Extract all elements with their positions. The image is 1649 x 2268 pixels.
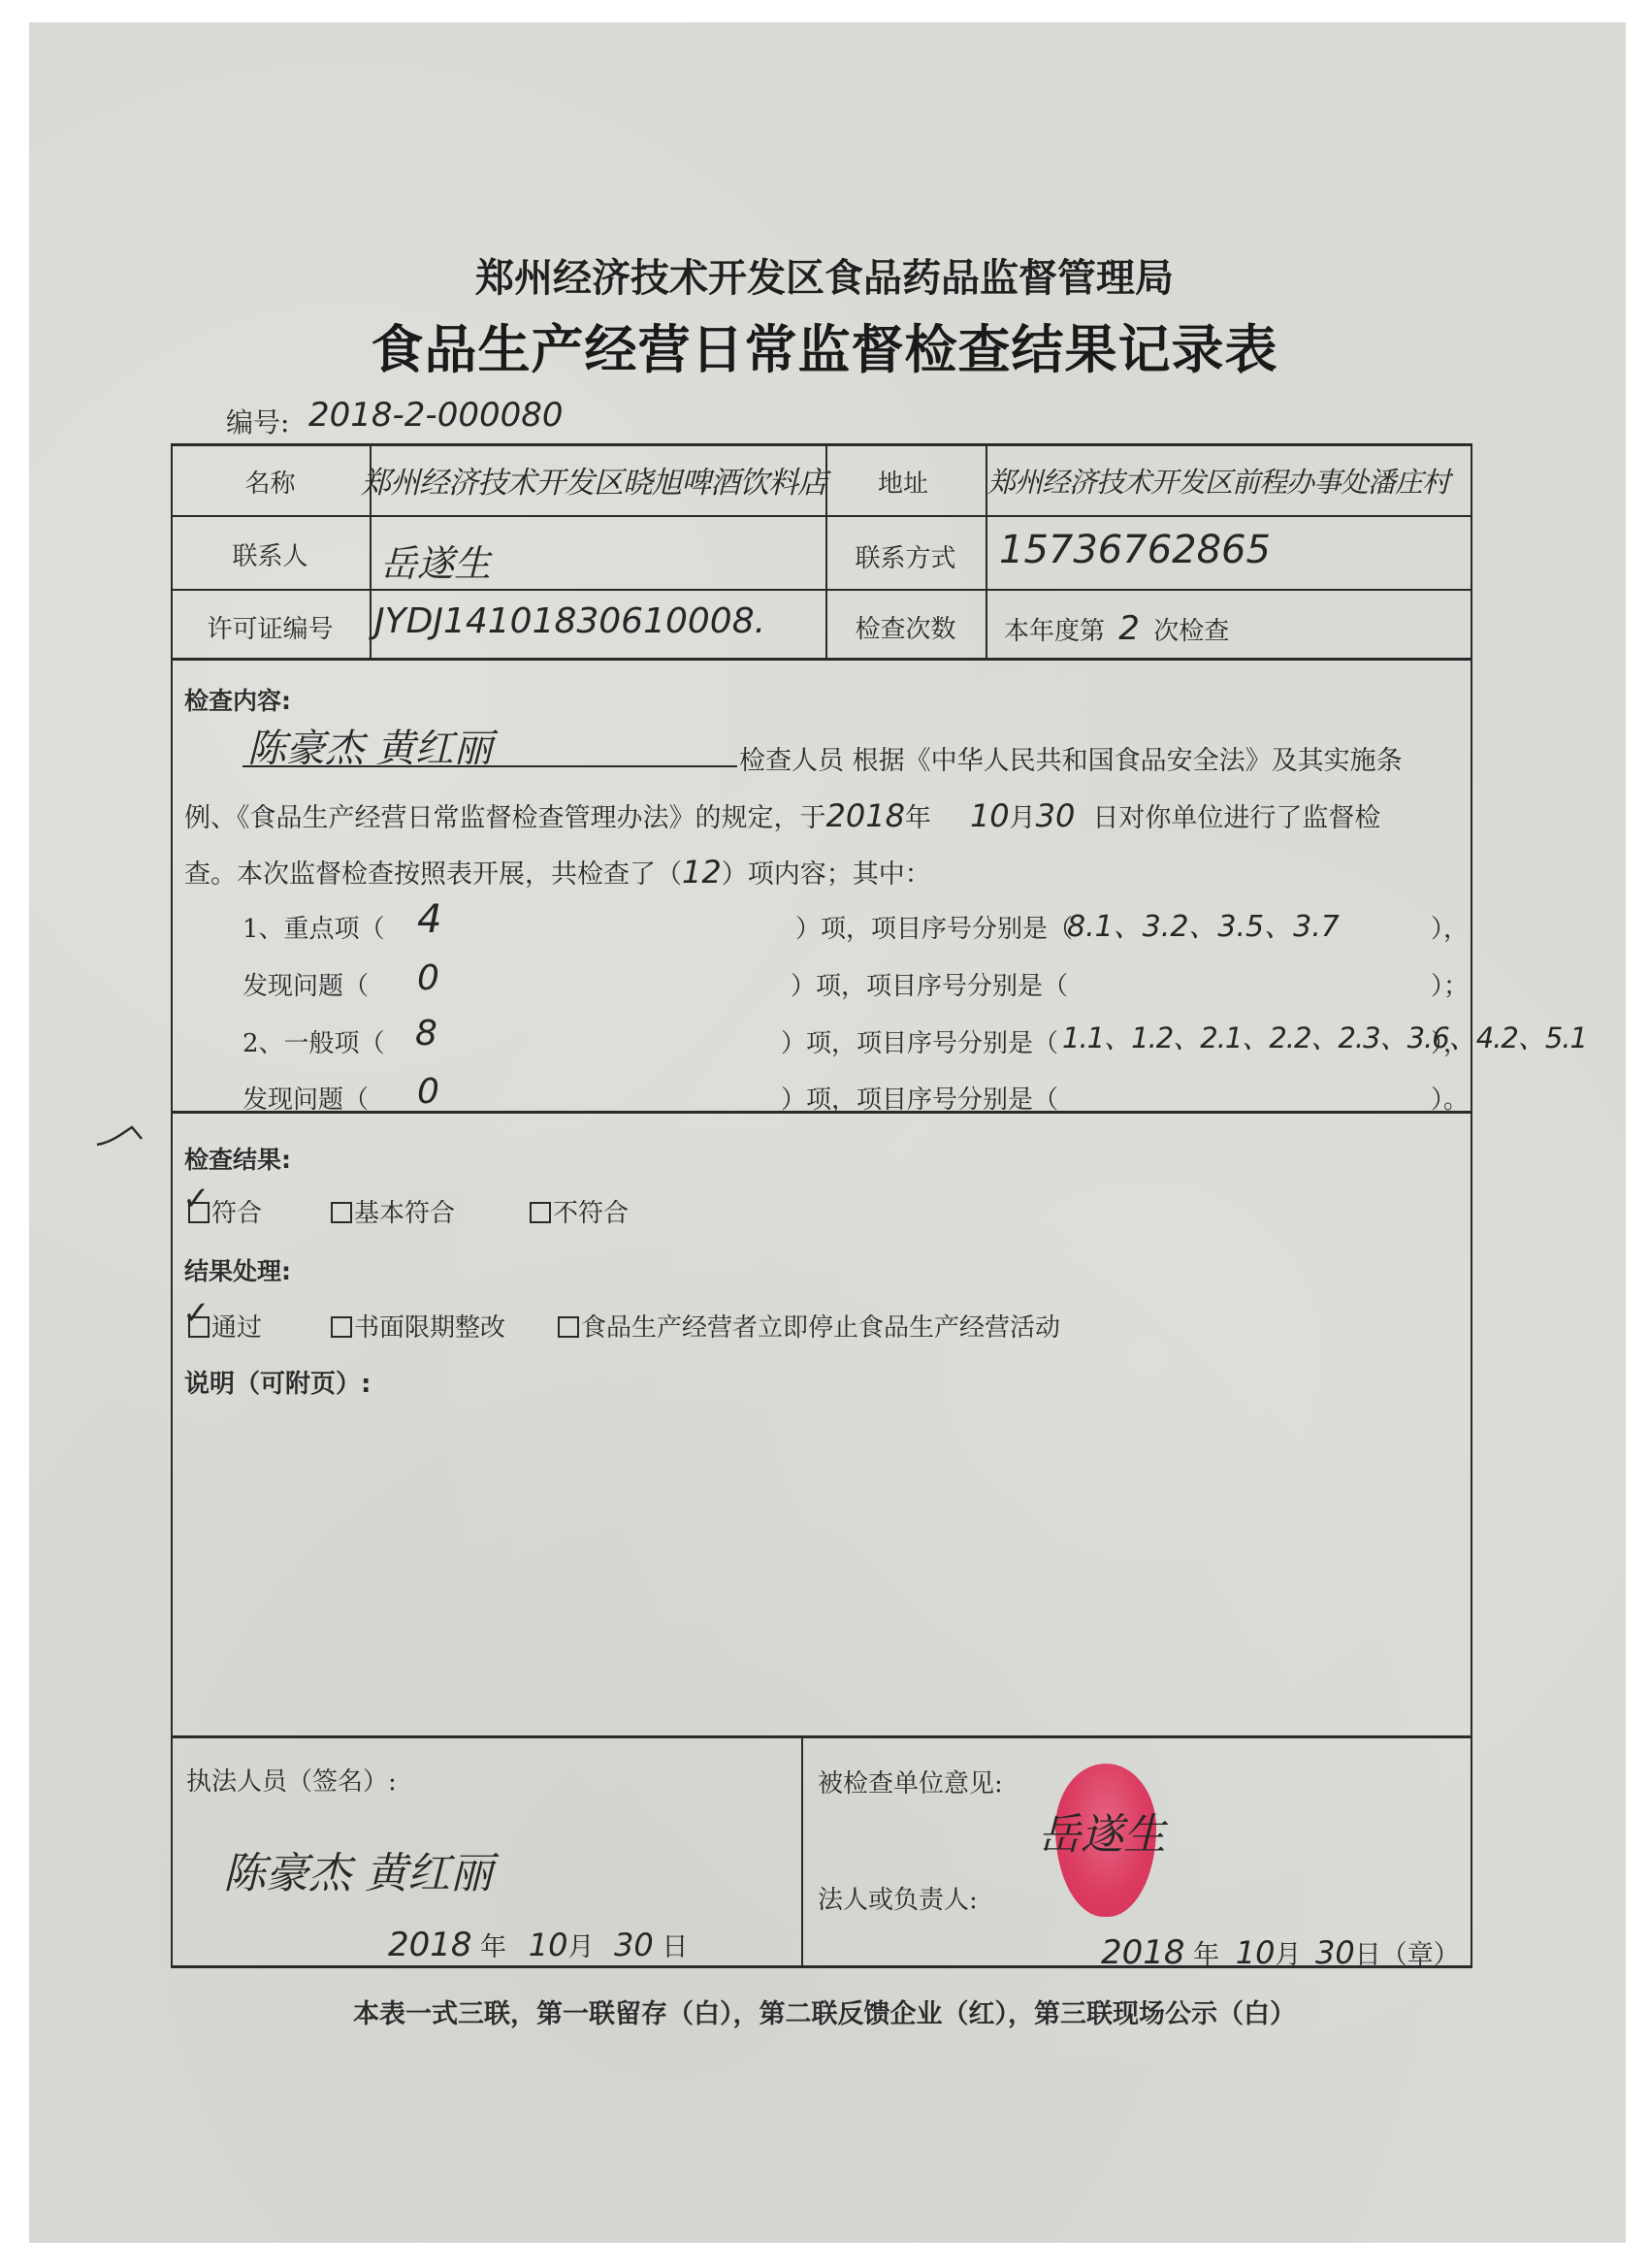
serial-value: 2018-2-000080 — [308, 396, 564, 435]
contact-value: 岳遂生 — [380, 534, 491, 587]
unit-day: 30 — [1315, 1934, 1355, 1971]
inspector-underline — [242, 765, 737, 767]
handling-heading: 结果处理: — [184, 1252, 291, 1287]
general-issues-count: 0 — [417, 1072, 439, 1112]
key-issues-label: 发现问题（ — [242, 966, 369, 1002]
name-value: 郑州经济技术开发区晓旭啤酒饮料店 — [361, 458, 826, 502]
content-line3: 查。本次监督检查按照表开展，共检查了（12）项内容；其中： — [184, 853, 931, 891]
month-unit: 月 — [1275, 1940, 1301, 1970]
officer-month: 10 — [529, 1927, 568, 1963]
serial-label: 编号: — [226, 402, 289, 440]
option-label: 符合 — [211, 1199, 262, 1228]
general-items-ids: 1.1、1.2、2.1、2.2、2.3、3.6、4.2、5.1 — [1062, 1017, 1587, 1056]
handling-option-pass[interactable]: ✓通过 — [188, 1308, 262, 1344]
key-issues-ids-label: ）项，项目序号分别是（ — [791, 966, 1068, 1002]
row-divider — [171, 589, 1472, 591]
inspection-day: 30 — [1036, 797, 1076, 834]
contact-label: 联系人 — [171, 536, 370, 572]
general-items-label: 2、一般项（ — [242, 1023, 385, 1059]
general-issues-end: ）。 — [1431, 1080, 1469, 1116]
checkbox[interactable]: ✓ — [188, 1316, 210, 1338]
officer-day: 30 — [614, 1927, 654, 1963]
day-unit: 日 — [1355, 1940, 1381, 1970]
unit-opinion-label: 被检查单位意见: — [818, 1764, 1003, 1799]
count-suffix: 次检查 — [1153, 617, 1229, 646]
year-unit: 年 — [1193, 1940, 1219, 1970]
result-heading: 检查结果: — [184, 1141, 291, 1176]
line3-prefix: 查。本次监督检查按照表开展，共检查了（ — [184, 859, 682, 890]
day-unit: 日 — [662, 1932, 688, 1962]
total-items: 12 — [682, 854, 722, 891]
inspection-year: 2018 — [826, 797, 905, 834]
phone-value: 15736762865 — [999, 528, 1271, 572]
content-heading: 检查内容: — [184, 682, 291, 717]
line2-prefix: 例、《食品生产经营日常监督检查管理办法》的规定，于 — [184, 803, 826, 833]
license-label: 许可证编号 — [171, 609, 370, 645]
unit-year: 2018 — [1101, 1933, 1185, 1972]
unit-date: 2018 年 10月 30日（章） — [1101, 1933, 1460, 1972]
count-prefix: 本年度第 — [1004, 617, 1105, 646]
section-divider — [171, 1735, 1472, 1738]
content-line2: 例、《食品生产经营日常监督检查管理办法》的规定，于2018年10月30日对你单位… — [184, 796, 1380, 834]
form-title: 食品生产经营日常监督检查结果记录表 — [0, 308, 1649, 383]
officer-label: 执法人员（签名）: — [186, 1762, 397, 1798]
margin-pen-mark — [95, 1123, 144, 1150]
inspection-month: 10 — [970, 797, 1010, 834]
check-mark-icon: ✓ — [182, 1297, 210, 1330]
key-issues-count: 0 — [417, 958, 439, 998]
table-left-border — [171, 443, 173, 1968]
legal-person-signature: 岳遂生 — [1038, 1799, 1166, 1862]
agency-title: 郑州经济技术开发区食品药品监督管理局 — [0, 247, 1649, 303]
key-items-end: ）， — [1431, 909, 1469, 945]
seal-label: （章） — [1381, 1940, 1460, 1970]
option-label: 基本符合 — [354, 1199, 455, 1228]
handling-option-stop[interactable]: 食品生产经营者立即停止食品生产经营活动 — [558, 1308, 1060, 1344]
checkbox[interactable]: ✓ — [188, 1202, 210, 1223]
result-option-nonconform[interactable]: 不符合 — [530, 1193, 629, 1229]
license-value: JYDJ14101830610008. — [374, 601, 765, 641]
name-label: 名称 — [171, 464, 370, 500]
option-label: 书面限期整改 — [354, 1313, 505, 1343]
month-unit: 月 — [1010, 803, 1036, 833]
officer-date: 2018 年 10月 30 日 — [388, 1926, 688, 1964]
general-items-end: ）， — [1431, 1023, 1469, 1059]
check-mark-icon: ✓ — [182, 1183, 210, 1215]
count-value: 2 — [1118, 609, 1140, 648]
unit-month: 10 — [1236, 1934, 1276, 1971]
legal-person-label: 法人或负责人: — [818, 1880, 978, 1916]
line2-suffix: 日对你单位进行了监督检 — [1092, 803, 1380, 833]
phone-label: 联系方式 — [825, 538, 986, 574]
year-unit: 年 — [480, 1932, 506, 1962]
checkbox[interactable] — [530, 1202, 551, 1223]
result-option-conform[interactable]: ✓符合 — [188, 1193, 262, 1229]
count-label: 检查次数 — [825, 609, 986, 645]
key-items-ids-label: ）项，项目序号分别是（ — [795, 909, 1073, 945]
address-value: 郑州经济技术开发区前程办事处潘庄村 — [987, 461, 1449, 501]
row-divider — [171, 658, 1472, 661]
general-items-count: 8 — [415, 1014, 437, 1053]
key-items-count: 4 — [417, 897, 441, 942]
notes-label: 说明（可附页）: — [184, 1364, 371, 1400]
col-divider — [801, 1735, 803, 1967]
count-text: 本年度第 2 次检查 — [1004, 609, 1229, 648]
general-issues-ids-label: ）项，项目序号分别是（ — [781, 1080, 1058, 1116]
general-issues-label: 发现问题（ — [242, 1080, 369, 1116]
content-line1: 检查人员 根据《中华人民共和国食品安全法》及其实施条 — [739, 739, 1403, 777]
option-label: 食品生产经营者立即停止食品生产经营活动 — [581, 1313, 1060, 1343]
notes-label-text: 说明（可附页）: — [184, 1370, 371, 1399]
officer-year: 2018 — [388, 1926, 472, 1964]
general-items-ids-label: ）项，项目序号分别是（ — [781, 1023, 1058, 1059]
key-issues-end: ）； — [1431, 966, 1469, 1002]
line3-suffix: ）项内容；其中： — [722, 859, 931, 890]
checkbox[interactable] — [331, 1202, 352, 1223]
officer-signature: 陈豪杰 黄红丽 — [223, 1838, 493, 1900]
row-divider — [171, 515, 1472, 517]
handling-option-rectify[interactable]: 书面限期整改 — [331, 1308, 505, 1344]
checkbox[interactable] — [558, 1316, 579, 1338]
option-label: 不符合 — [553, 1199, 629, 1228]
option-label: 通过 — [211, 1313, 262, 1343]
footer-note: 本表一式三联，第一联留存（白），第二联反馈企业（红），第三联现场公示（白） — [0, 1993, 1649, 2030]
result-option-basic[interactable]: 基本符合 — [331, 1193, 455, 1229]
notes-area[interactable] — [184, 1407, 1455, 1717]
table-right-border — [1471, 443, 1472, 1968]
address-label: 地址 — [878, 464, 928, 500]
key-items-label: 1、重点项（ — [242, 909, 385, 945]
key-items-ids: 8.1、3.2、3.5、3.7 — [1067, 902, 1340, 945]
table-top-border — [171, 443, 1472, 446]
month-unit: 月 — [567, 1932, 594, 1962]
year-unit: 年 — [905, 803, 931, 833]
checkbox[interactable] — [331, 1316, 352, 1338]
